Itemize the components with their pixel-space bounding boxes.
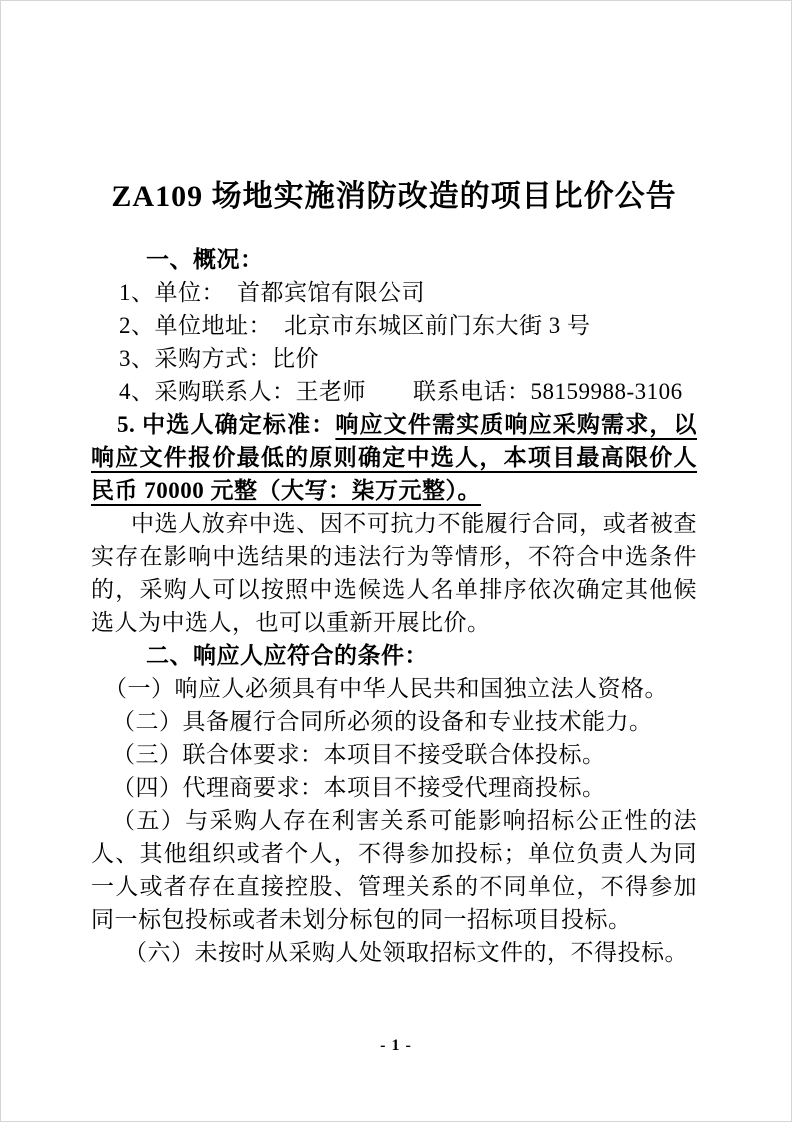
text-run: 2、单位地址： 北京市东城区前门东大街 3 号 bbox=[119, 313, 591, 338]
paragraph: （四）代理商要求：本项目不接受代理商投标。 bbox=[91, 771, 697, 804]
text-run: （三）联合体要求：本项目不接受联合体投标。 bbox=[112, 742, 606, 767]
paragraph: 一、概况： bbox=[91, 243, 697, 276]
text-run: （六）未按时从采购人处领取招标文件的，不得投标。 bbox=[124, 940, 688, 965]
text-run: （四）代理商要求：本项目不接受代理商投标。 bbox=[112, 775, 606, 800]
text-run: 中选人放弃中选、因不可抗力不能履行合同，或者被查实存在影响中选结果的违法行为等情… bbox=[91, 511, 697, 635]
paragraph: （三）联合体要求：本项目不接受联合体投标。 bbox=[91, 738, 697, 771]
document-title: ZA109 场地实施消防改造的项目比价公告 bbox=[91, 175, 697, 219]
paragraph: 5. 中选人确定标准：响应文件需实质响应采购需求，以响应文件报价最低的原则确定中… bbox=[91, 408, 697, 507]
paragraph: 3、采购方式：比价 bbox=[91, 342, 697, 375]
text-run: （五）与采购人存在利害关系可能影响招标公正性的法人、其他组织或者个人，不得参加投… bbox=[91, 808, 697, 932]
paragraph: 2、单位地址： 北京市东城区前门东大街 3 号 bbox=[91, 309, 697, 342]
bold-run: 一、概况： bbox=[146, 247, 264, 272]
text-run: 1、单位： 首都宾馆有限公司 bbox=[119, 280, 425, 305]
document-page: ZA109 场地实施消防改造的项目比价公告 一、概况：1、单位： 首都宾馆有限公… bbox=[0, 0, 792, 1122]
paragraph: （一）响应人必须具有中华人民共和国独立法人资格。 bbox=[91, 672, 697, 705]
text-run: （一）响应人必须具有中华人民共和国独立法人资格。 bbox=[104, 676, 668, 701]
paragraph: 1、单位： 首都宾馆有限公司 bbox=[91, 276, 697, 309]
paragraph: （六）未按时从采购人处领取招标文件的，不得投标。 bbox=[91, 936, 697, 969]
paragraph: （五）与采购人存在利害关系可能影响招标公正性的法人、其他组织或者个人，不得参加投… bbox=[91, 804, 697, 936]
paragraph: 4、采购联系人：王老师 联系电话：58159988-3106 bbox=[91, 375, 697, 408]
paragraph: 中选人放弃中选、因不可抗力不能履行合同，或者被查实存在影响中选结果的违法行为等情… bbox=[91, 507, 697, 639]
text-run: 4、采购联系人：王老师 联系电话：58159988-3106 bbox=[119, 379, 683, 404]
text-run: （二）具备履行合同所必须的设备和专业技术能力。 bbox=[112, 709, 653, 734]
bold-run: 二、响应人应符合的条件： bbox=[146, 643, 428, 668]
text-run: 3、采购方式：比价 bbox=[119, 346, 319, 371]
paragraph: （二）具备履行合同所必须的设备和专业技术能力。 bbox=[91, 705, 697, 738]
paragraph: 二、响应人应符合的条件： bbox=[91, 639, 697, 672]
bold-run: 5. 中选人确定标准： bbox=[117, 412, 335, 437]
document-body: 一、概况：1、单位： 首都宾馆有限公司2、单位地址： 北京市东城区前门东大街 3… bbox=[91, 243, 697, 969]
page-number: - 1 - bbox=[1, 1037, 791, 1055]
